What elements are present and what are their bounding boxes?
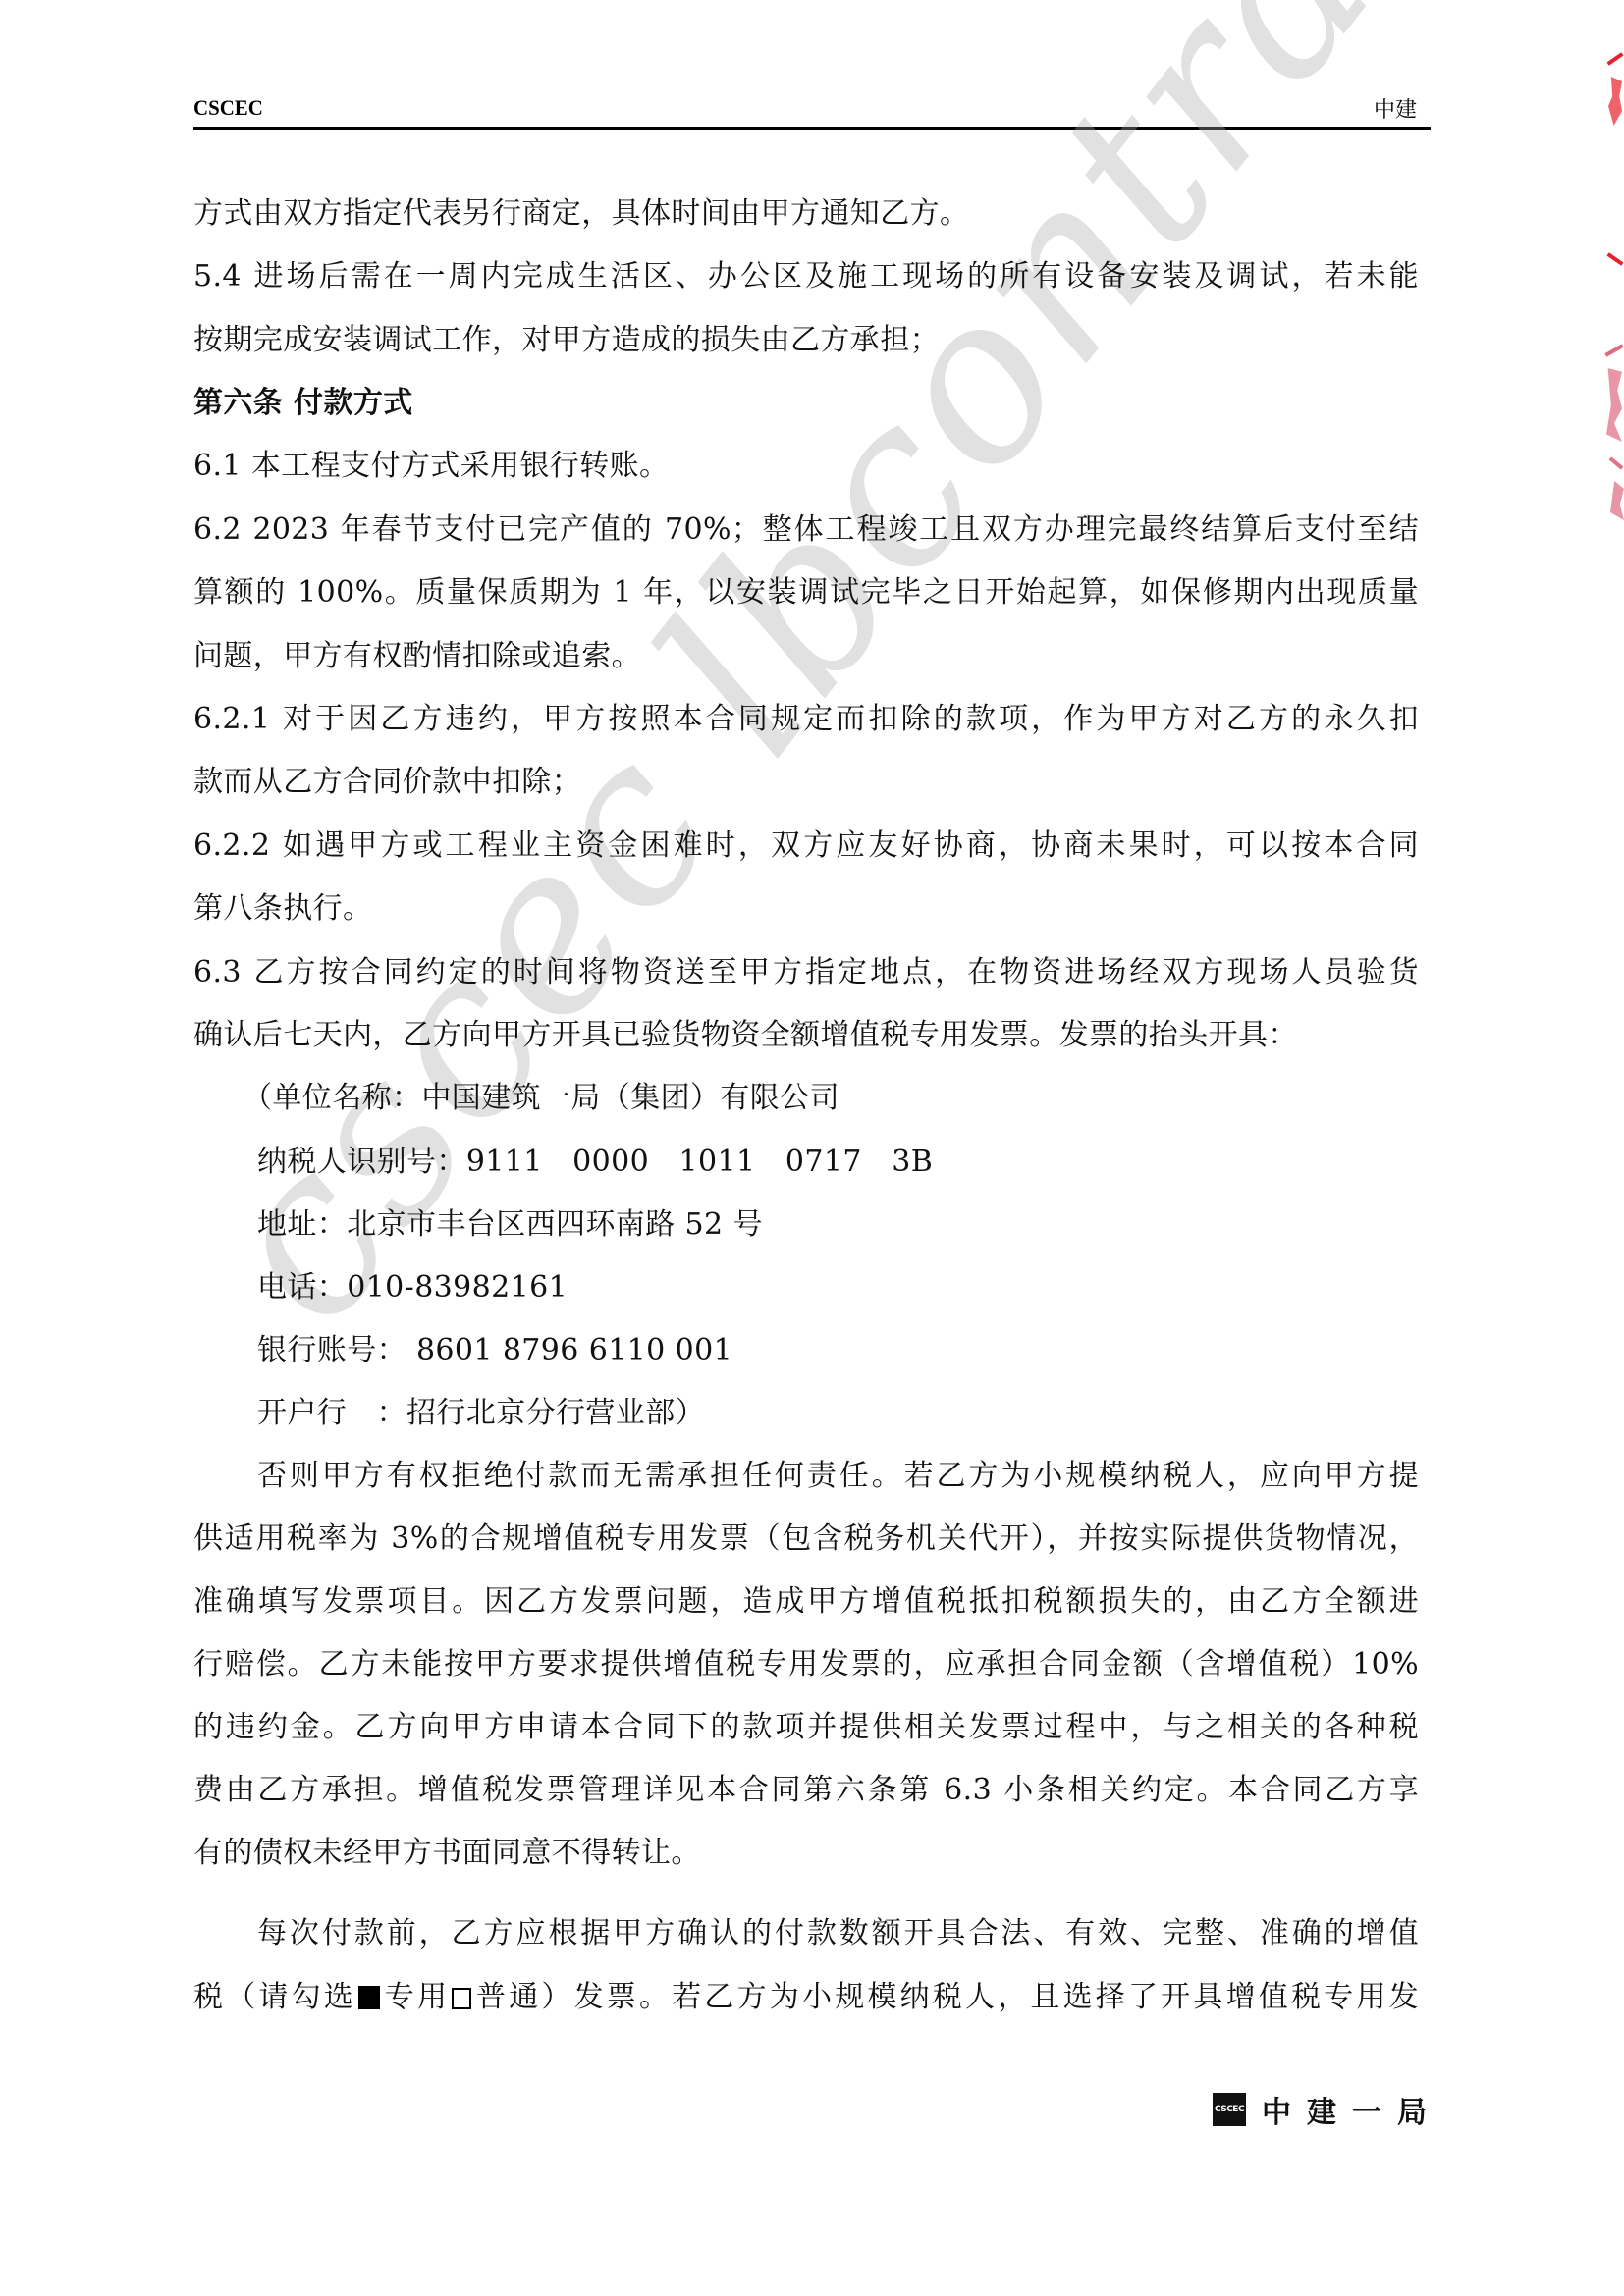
invoice-type-suffix: ）发票。若乙方为小规模纳税人，且选择了开具增值税专用发 [541, 1980, 1419, 2014]
body-line: 算额的 100%。质量保质期为 1 年，以安装调试完毕之日开始起算，如保修期内出… [193, 561, 1419, 624]
address-label: 地址： [257, 1207, 347, 1242]
bank-label: 开户行 ： [257, 1396, 406, 1430]
bank-account-value: 8601 8796 6110 001 [416, 1333, 732, 1367]
bank-account-label: 银行账号： [257, 1333, 406, 1367]
invoice-company-name: （单位名称：中国建筑一局（集团）有限公司 [243, 1067, 839, 1130]
body-line: 确认后七天内，乙方向甲方开具已验货物资全额增值税专用发票。发票的抬头开具： [193, 1004, 1298, 1067]
body-line: 行赔偿。乙方未能按甲方要求提供增值税专用发票的，应承担合同金额（含增值税）10% [193, 1633, 1419, 1696]
body-line: 5.4 进场后需在一周内完成生活区、办公区及施工现场的所有设备安装及调试，若未能 [193, 245, 1419, 308]
invoice-phone-row: 电话：010-83982161 [257, 1256, 568, 1319]
body-line: 问题，甲方有权酌情扣除或追索。 [193, 625, 641, 688]
bank-value: 招行北京分行营业部） [406, 1396, 705, 1430]
invoice-tax-id-row: 纳税人识别号：9111 0000 1011 0717 3B [257, 1131, 933, 1194]
seal-mark-icon [1610, 481, 1624, 520]
body-line: 6.2 2023 年春节支付已完产值的 70%；整体工程竣工且双方办理完最终结算… [193, 499, 1419, 561]
footer-company-name: 中建一局 [1262, 2088, 1442, 2131]
seal-mark-icon [1609, 456, 1624, 469]
tax-id-value: 9111 0000 1011 0717 3B [466, 1145, 933, 1179]
option-normal-label: 普通 [473, 1980, 541, 2014]
address-value: 北京市丰台区西四环南路 52 号 [347, 1207, 763, 1242]
option-special-label: 专用 [382, 1980, 450, 2014]
section-heading: 第六条 付款方式 [193, 372, 413, 435]
body-line: 每次付款前，乙方应根据甲方确认的付款数额开具合法、有效、完整、准确的增值 [257, 1902, 1419, 1965]
footer-logo: CSCEC 中建一局 [1213, 2088, 1442, 2131]
seal-mark-icon [1606, 252, 1623, 266]
body-line: 6.1 本工程支付方式采用银行转账。 [193, 435, 669, 498]
body-line: 6.2.2 如遇甲方或工程业主资金困难时，双方应友好协商，协商未果时，可以按本合… [193, 815, 1419, 878]
cscec-logo-icon: CSCEC [1213, 2093, 1246, 2126]
body-line: 第八条执行。 [193, 878, 372, 940]
body-line: 6.2.1 对于因乙方违约，甲方按照本合同规定而扣除的款项，作为甲方对乙方的永久… [193, 688, 1419, 751]
invoice-bank-row: 开户行 ：招行北京分行营业部） [257, 1382, 705, 1445]
body-line: 按期完成安装调试工作，对甲方造成的损失由乙方承担； [193, 309, 940, 372]
invoice-bank-account-row: 银行账号： 8601 8796 6110 001 [257, 1319, 732, 1382]
body-line: 费由乙方承担。增值税发票管理详见本合同第六条第 6.3 小条相关约定。本合同乙方… [193, 1759, 1419, 1822]
header-brand-cn: 中建 [1374, 93, 1417, 124]
checkbox-normal-empty-icon[interactable] [452, 1988, 471, 2009]
body-line: 有的债权未经甲方书面同意不得转让。 [193, 1822, 701, 1885]
body-line: 的违约金。乙方向甲方申请本合同下的款项并提供相关发票过程中，与之相关的各种税 [193, 1696, 1419, 1759]
body-line: 否则甲方有权拒绝付款而无需承担任何责任。若乙方为小规模纳税人，应向甲方提 [257, 1445, 1419, 1508]
phone-value: 010-83982161 [347, 1270, 568, 1305]
invoice-type-line: 税（请勾选专用普通）发票。若乙方为小规模纳税人，且选择了开具增值税专用发 [193, 1966, 1419, 2029]
tax-id-label: 纳税人识别号： [257, 1145, 466, 1179]
header-divider [193, 127, 1431, 130]
seal-mark-icon [1604, 344, 1623, 356]
seal-mark-icon [1608, 77, 1622, 126]
body-line: 6.3 乙方按合同约定的时间将物资送至甲方指定地点，在物资进场经双方现场人员验货 [193, 941, 1419, 1004]
body-line: 款而从乙方合同价款中扣除； [193, 751, 581, 814]
body-line: 供适用税率为 3%的合规增值税专用发票（包含税务机关代开），并按实际提供货物情况… [193, 1508, 1419, 1571]
checkbox-special-checked-icon[interactable] [358, 1986, 380, 2009]
invoice-address-row: 地址：北京市丰台区西四环南路 52 号 [257, 1194, 763, 1256]
body-line: 方式由双方指定代表另行商定，具体时间由甲方通知乙方。 [193, 183, 969, 245]
invoice-type-prefix: 税（请勾选 [193, 1980, 356, 2014]
body-line: 准确填写发票项目。因乙方发票问题，造成甲方增值税抵扣税额损失的，由乙方全额进 [193, 1571, 1419, 1633]
phone-label: 电话： [257, 1270, 347, 1305]
header-brand: CSCEC [193, 95, 263, 121]
seal-mark-icon [1606, 52, 1623, 66]
seal-mark-icon [1606, 368, 1622, 442]
